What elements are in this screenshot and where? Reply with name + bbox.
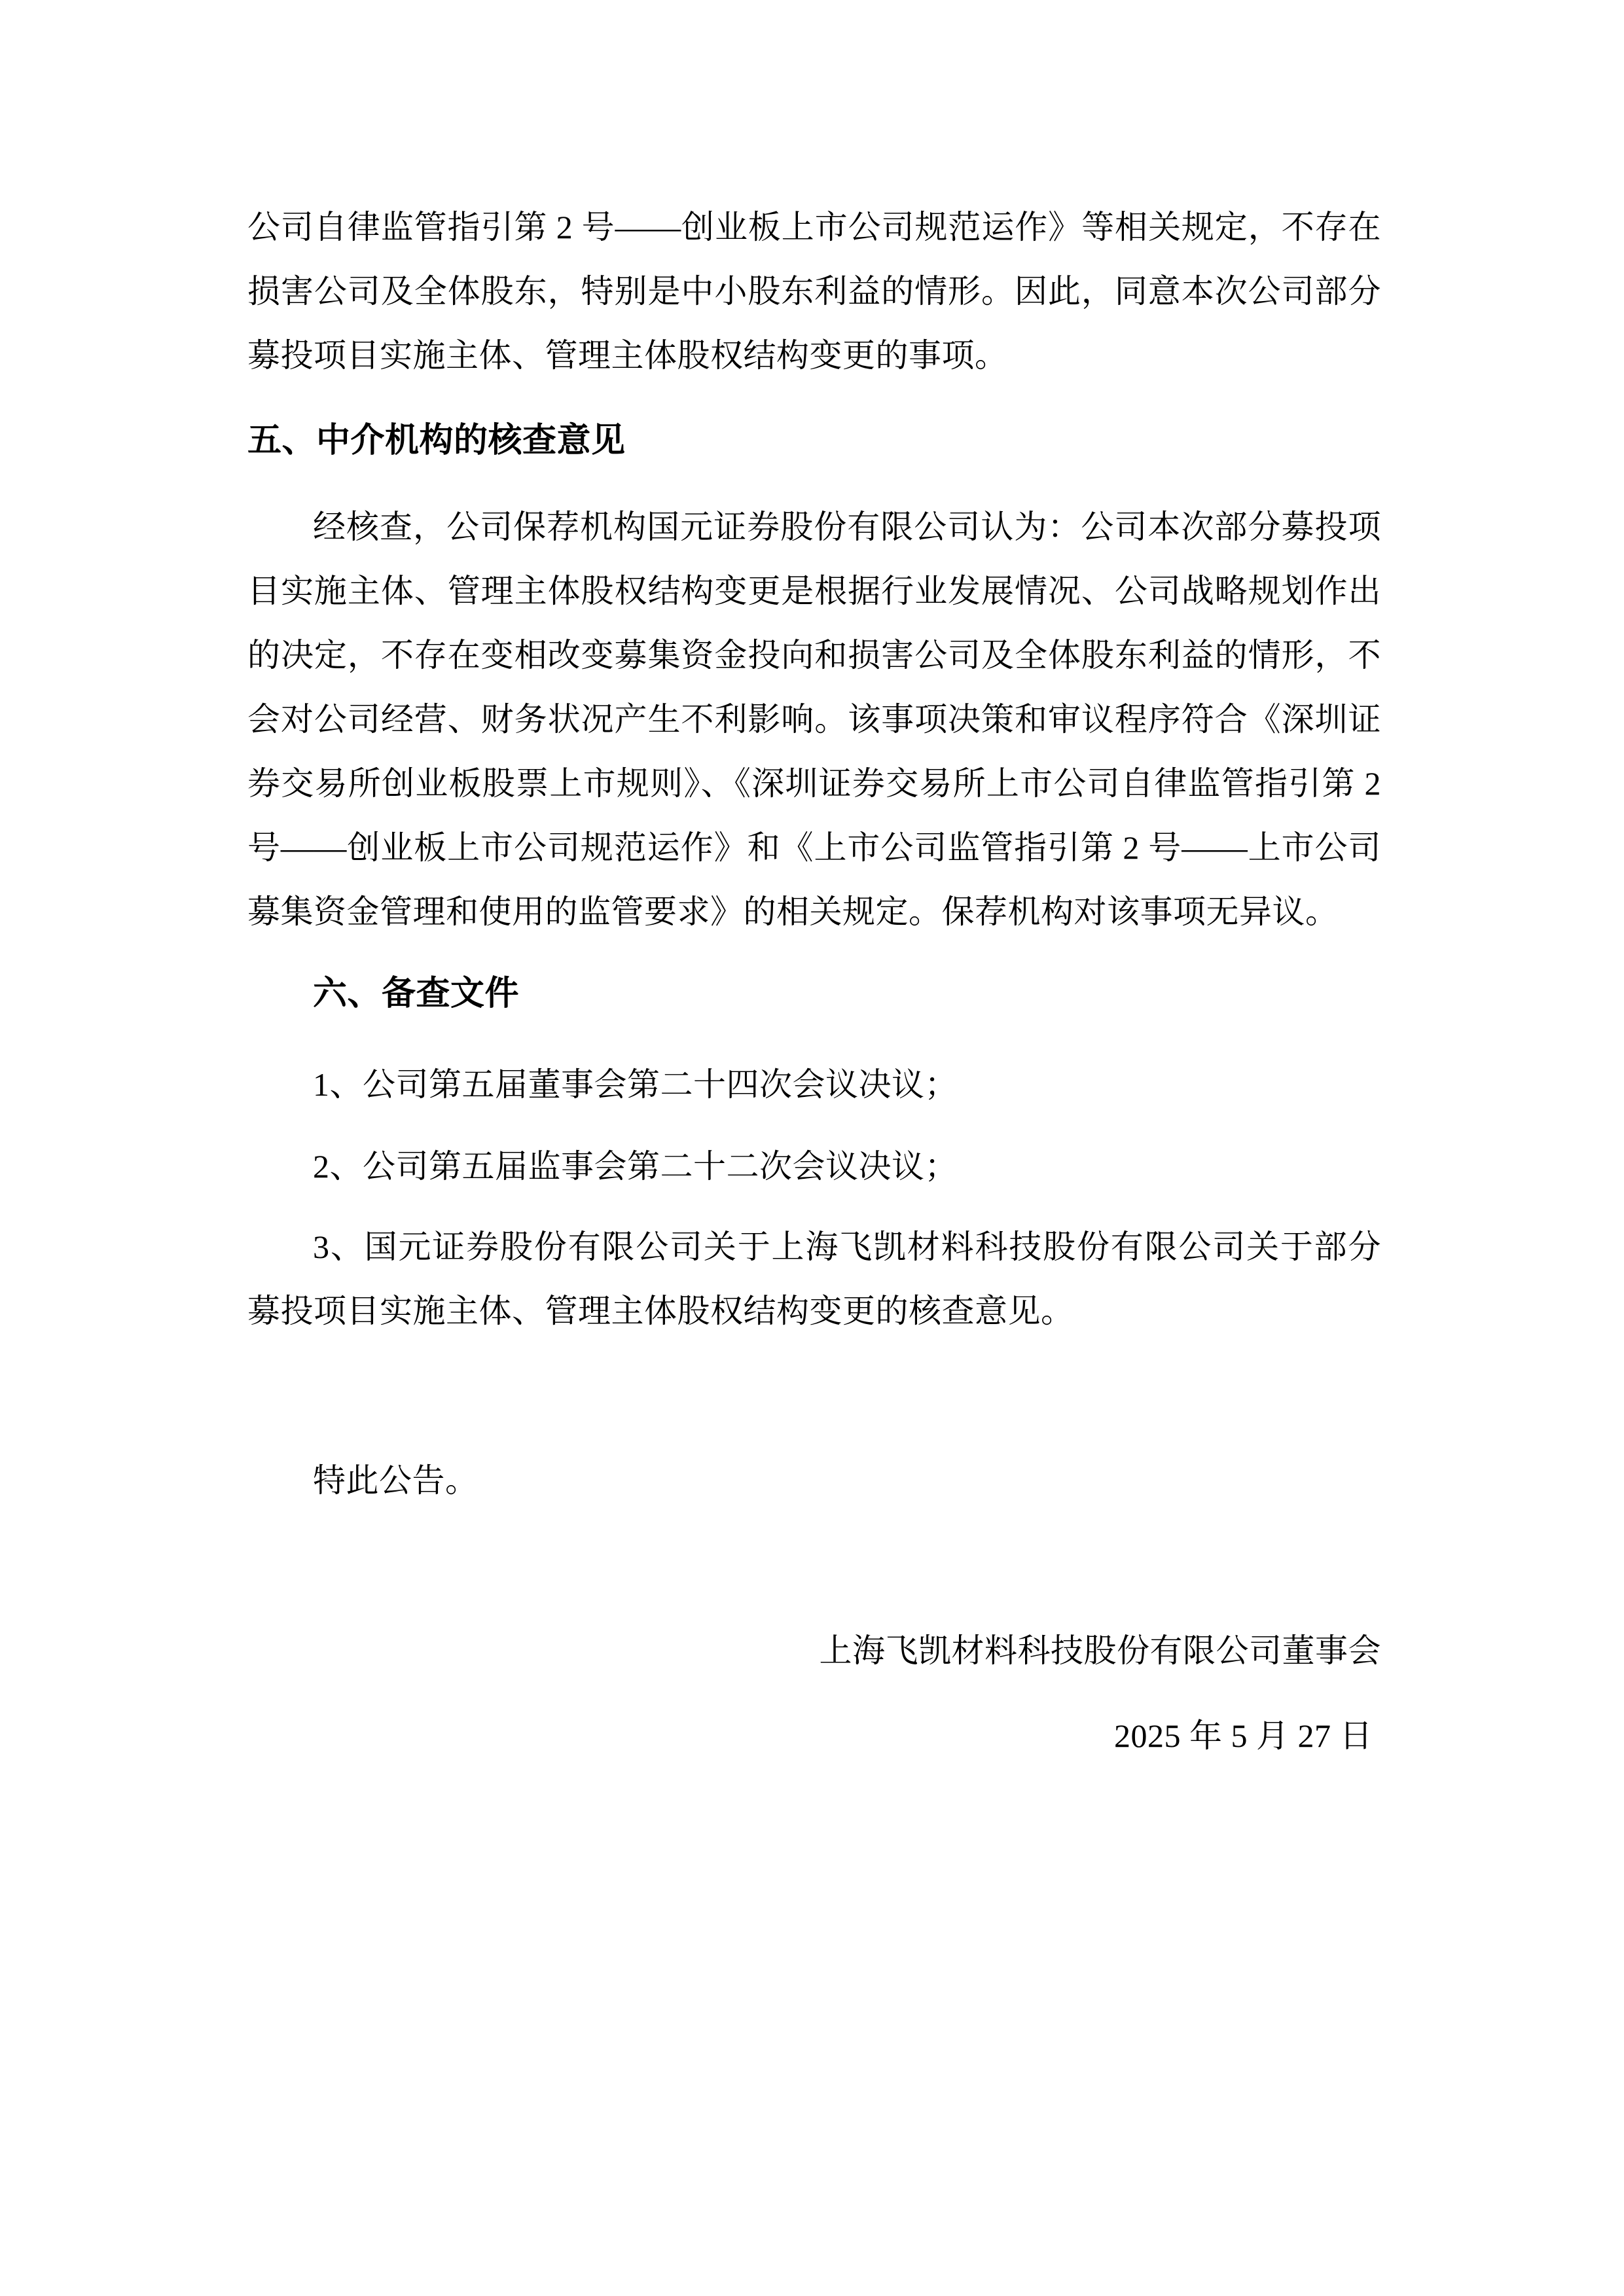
reference-document-item-3: 3、国元证券股份有限公司关于上海飞凯材料科技股份有限公司关于部分募投项目实施主体… (247, 1215, 1381, 1343)
document-page: 公司自律监管指引第 2 号——创业板上市公司规范运作》等相关规定，不存在损害公司… (0, 0, 1624, 2296)
paragraph-continuation: 公司自律监管指引第 2 号——创业板上市公司规范运作》等相关规定，不存在损害公司… (247, 195, 1381, 387)
section-5-heading: 五、中介机构的核查意见 (247, 409, 1381, 473)
date-line: 2025 年 5 月 27 日 (247, 1704, 1381, 1768)
signature-line: 上海飞凯材料科技股份有限公司董事会 (247, 1619, 1381, 1683)
section-5-paragraph: 经核查，公司保荐机构国元证券股份有限公司认为：公司本次部分募投项目实施主体、管理… (247, 495, 1381, 944)
section-6-heading: 六、备查文件 (247, 962, 1381, 1026)
reference-document-item-2: 2、公司第五届监事会第二十二次会议决议； (247, 1134, 1381, 1198)
reference-document-item-1: 1、公司第五届董事会第二十四次会议决议； (247, 1052, 1381, 1117)
closing-statement: 特此公告。 (247, 1448, 1381, 1513)
